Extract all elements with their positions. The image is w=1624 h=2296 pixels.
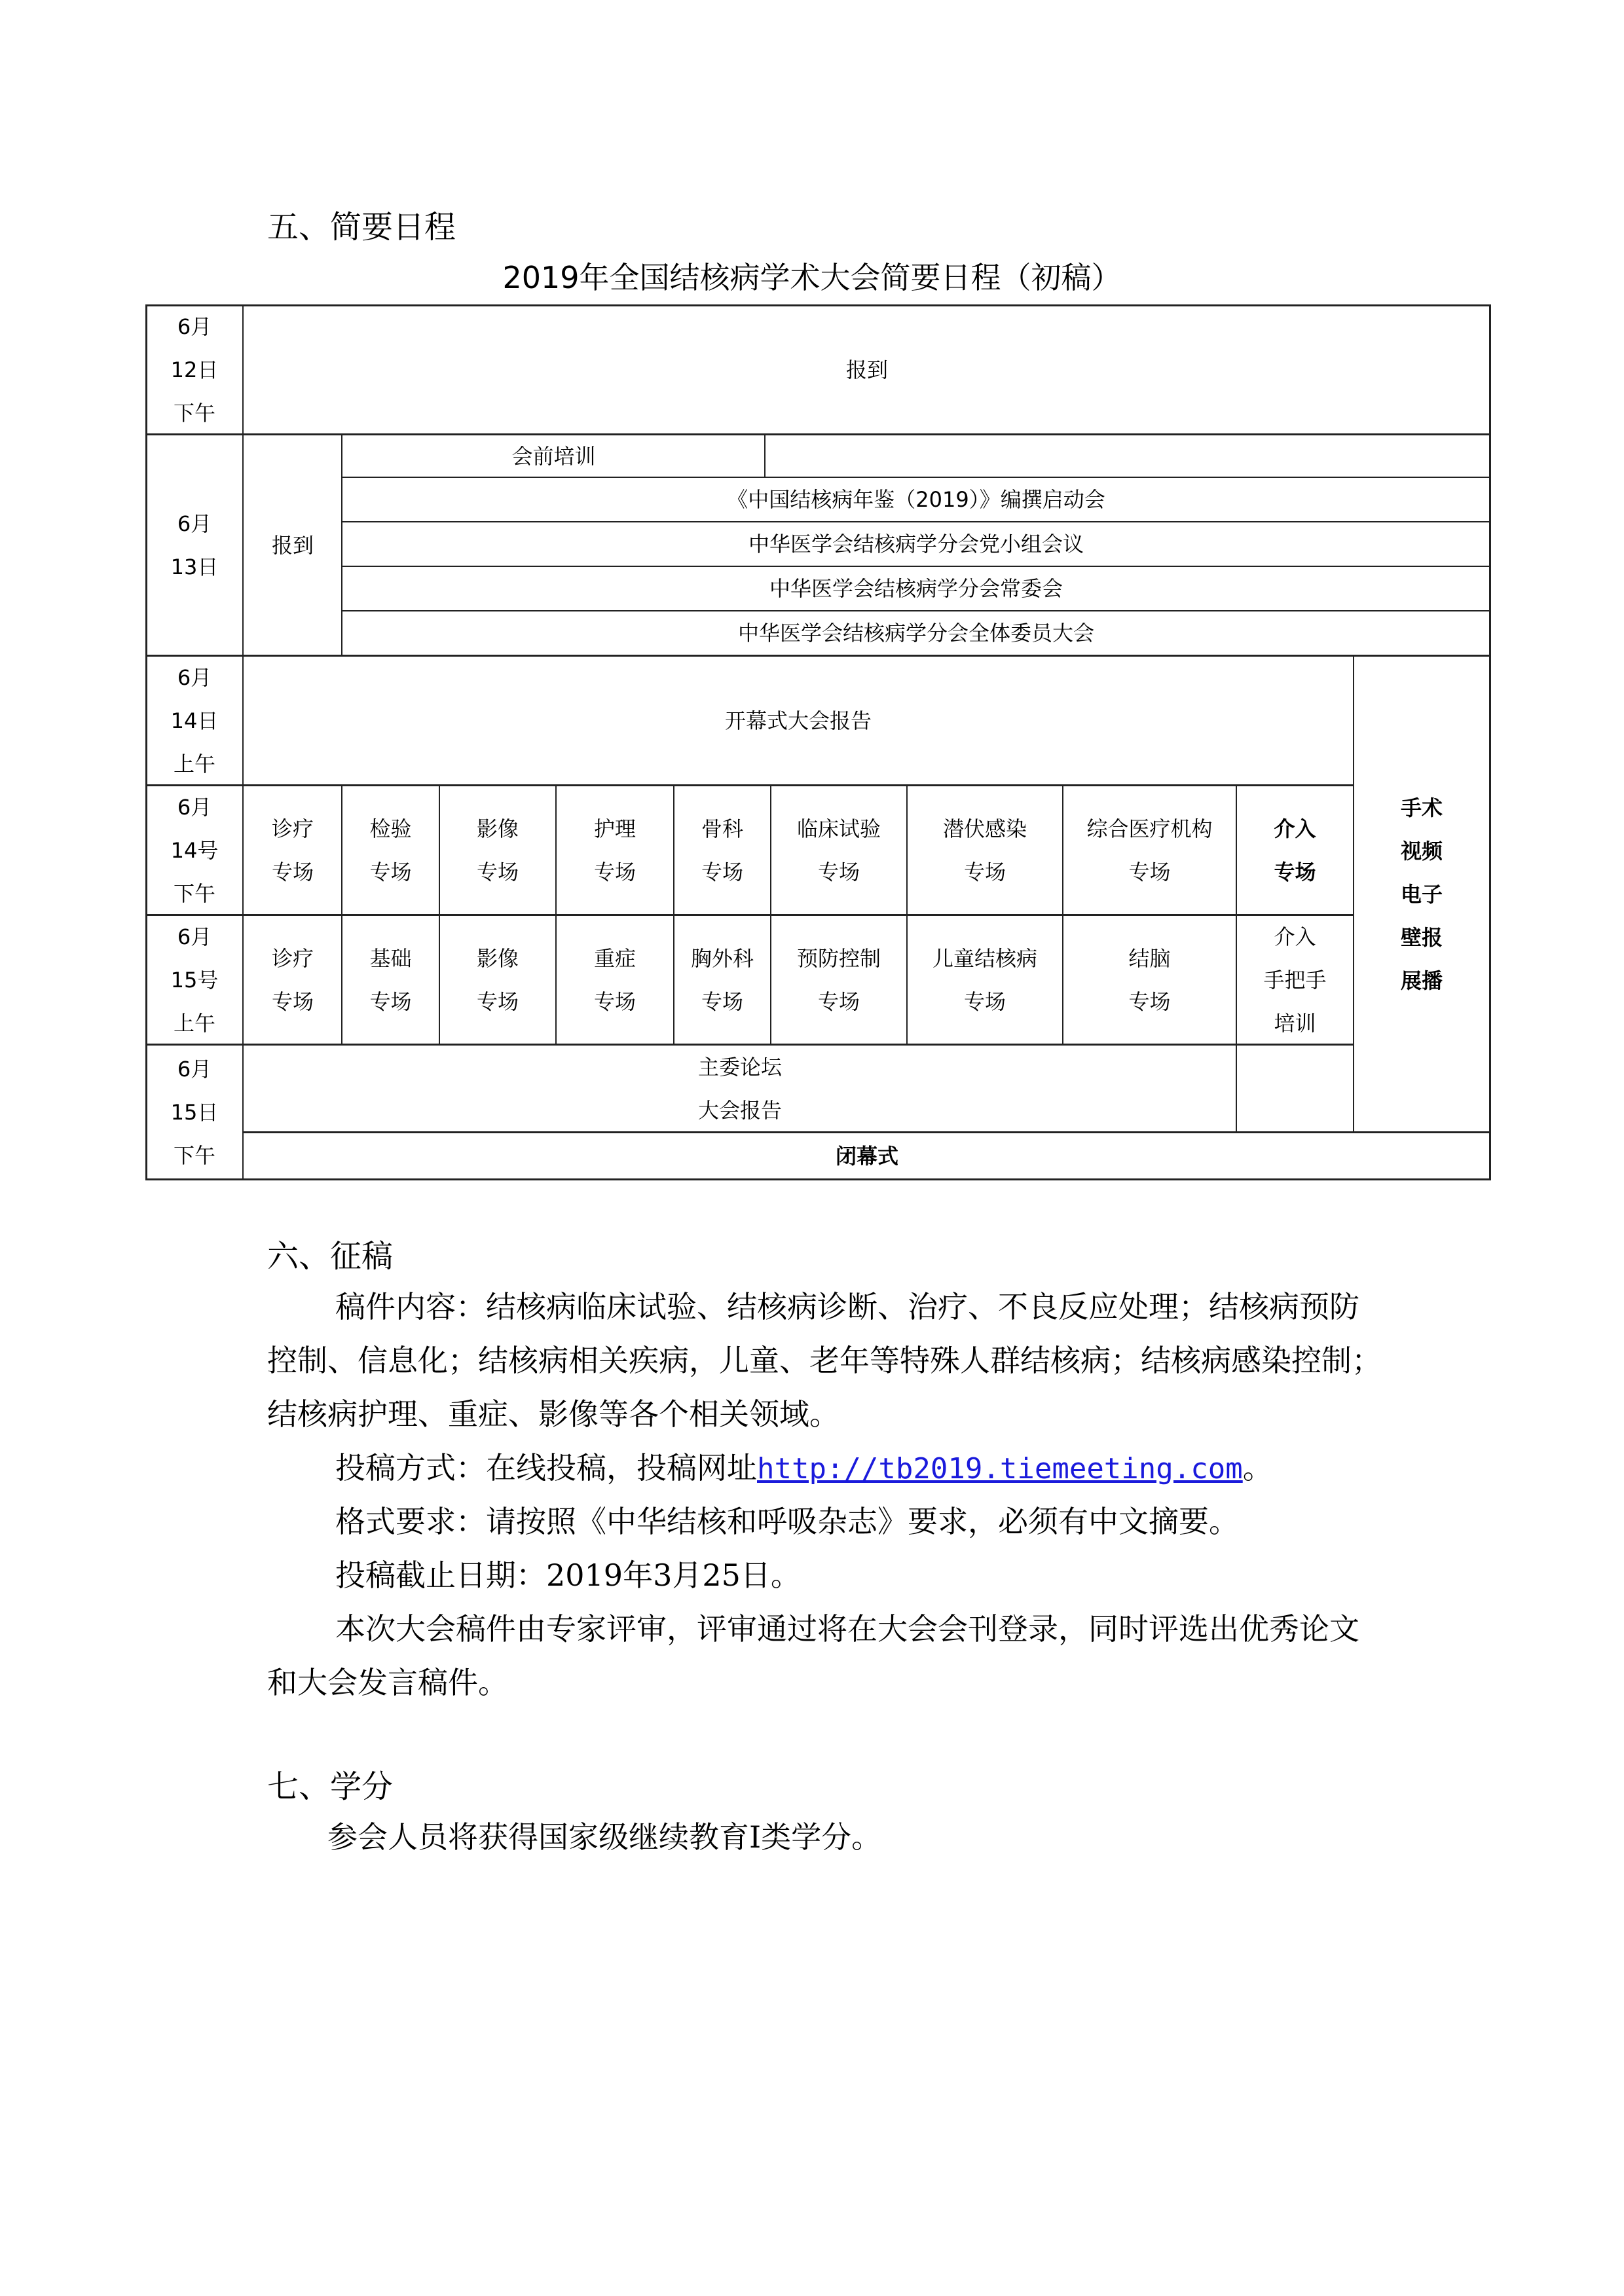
- punctuation: 。: [1243, 1450, 1273, 1485]
- credit-paragraph: 参会人员将获得国家级继续教育Ⅰ类学分。: [327, 1810, 1447, 1864]
- date-day: 15号: [171, 958, 219, 1002]
- date-cell-jun12: 6月 12日 下午: [145, 304, 244, 435]
- cell-text: 介入: [1274, 915, 1316, 958]
- cell-text: 胸外科: [691, 937, 754, 980]
- date-month: 6月: [177, 1048, 212, 1091]
- cell-text: 专场: [594, 850, 636, 894]
- content-paragraph: 稿件内容：结核病临床试验、结核病诊断、治疗、不良反应处理；结核病预防控制、信息化…: [267, 1280, 1387, 1441]
- cell-text: 专场: [701, 850, 743, 894]
- cell-text: 手术: [1401, 786, 1443, 829]
- cell-text: 临床试验: [797, 807, 881, 850]
- review-paragraph: 本次大会稿件由专家评审，评审通过将在大会会刊登录，同时评选出优秀论文和大会发言稿…: [267, 1602, 1387, 1709]
- cell-text: 专场: [701, 980, 743, 1023]
- session-cell: 综合医疗机构专场: [1063, 786, 1236, 915]
- cell-text: 检验: [369, 807, 411, 850]
- cell-text: 专场: [964, 850, 1006, 894]
- cell-text: 重症: [594, 937, 636, 980]
- date-day: 12日: [171, 348, 219, 392]
- cell-text: 中华医学会结核病学分会全体委员大会: [738, 611, 1094, 655]
- deadline-paragraph: 投稿截止日期：2019年3月25日。: [267, 1548, 1387, 1602]
- session-cell: 潜伏感染专场: [907, 786, 1063, 915]
- date-cell-jun15-am: 6月 15号 上午: [145, 915, 244, 1044]
- cell-text: 基础: [369, 937, 411, 980]
- cell-text: 骨科: [701, 807, 743, 850]
- cell-text: 专场: [272, 980, 314, 1023]
- date-day: 15日: [171, 1091, 219, 1134]
- date-month: 6月: [177, 502, 212, 545]
- cell-text: 诊疗: [272, 807, 314, 850]
- date-cell-jun13: 6月 13日: [145, 435, 244, 656]
- section6-heading: 六、征稿: [267, 1231, 393, 1276]
- date-cell-jun14-pm: 6月 14号 下午: [145, 786, 244, 915]
- cell-text: 大会报告: [698, 1089, 782, 1132]
- cell-text: 专场: [1274, 850, 1316, 894]
- cell-text: 专场: [964, 980, 1006, 1023]
- cell-text: 报到: [272, 524, 314, 567]
- session-cell: 影像专场: [439, 786, 556, 915]
- format-paragraph: 格式要求：请按照《中华结核和呼吸杂志》要求，必须有中文摘要。: [267, 1495, 1387, 1548]
- submission-paragraph: 投稿方式：在线投稿，投稿网址http://tb2019.tiemeeting.c…: [267, 1441, 1387, 1496]
- cell-text: 综合医疗机构: [1086, 807, 1212, 850]
- cell-text: 《中国结核病年鉴（2019）》编撰启动会: [727, 478, 1105, 521]
- date-period: 下午: [174, 392, 215, 435]
- session-cell: 介入手把手培训: [1236, 915, 1354, 1044]
- session-cell: 护理专场: [556, 786, 674, 915]
- cell-text: 手把手: [1263, 958, 1326, 1002]
- session-cell: 基础专场: [342, 915, 439, 1044]
- closing-ceremony-cell: 闭幕式: [244, 1133, 1490, 1179]
- session-cell: 介入专场: [1236, 786, 1354, 915]
- section5-heading: 五、简要日程: [267, 202, 456, 247]
- date-cell-jun14-am: 6月 14日 上午: [145, 656, 244, 785]
- cell-text: 诊疗: [272, 937, 314, 980]
- session-cell: 影像专场: [439, 915, 556, 1044]
- cell-text: 潜伏感染: [943, 807, 1027, 850]
- cell-text: 主委论坛: [698, 1046, 782, 1089]
- submission-label: 投稿方式：在线投稿，投稿网址: [335, 1450, 757, 1485]
- chair-forum-cell: 主委论坛 大会报告: [244, 1045, 1236, 1132]
- cell-text: 中华医学会结核病学分会党小组会议: [748, 522, 1084, 566]
- cell-text: 电子: [1401, 873, 1443, 916]
- cell-text: 专场: [818, 980, 860, 1023]
- plenary-committee-meeting: 中华医学会结核病学分会全体委员大会: [342, 611, 1490, 655]
- session-cell: 骨科专场: [674, 786, 771, 915]
- pre-conference-training: 会前培训: [342, 435, 765, 477]
- cell-text: 专场: [1128, 980, 1170, 1023]
- cell-text: 报到: [846, 348, 888, 392]
- cell-text: 儿童结核病: [932, 937, 1037, 980]
- standing-committee-meeting: 中华医学会结核病学分会常委会: [342, 567, 1490, 610]
- cell-text: 结脑: [1128, 937, 1170, 980]
- cell-text: 视频: [1401, 829, 1443, 873]
- cell-text: 会前培训: [511, 435, 595, 478]
- cell-text: 影像: [477, 807, 519, 850]
- cell-text: 展播: [1401, 959, 1443, 1002]
- date-month: 6月: [177, 656, 212, 699]
- date-day: 13日: [171, 545, 219, 589]
- cell-text: 专场: [369, 980, 411, 1023]
- session-cell: 检验专场: [342, 786, 439, 915]
- cell-text: 护理: [594, 807, 636, 850]
- party-group-meeting: 中华医学会结核病学分会党小组会议: [342, 522, 1490, 566]
- date-month: 6月: [177, 786, 212, 829]
- cell-text: 中华医学会结核病学分会常委会: [769, 567, 1063, 610]
- cell-text: 专场: [594, 980, 636, 1023]
- cell-text: 专场: [477, 850, 519, 894]
- session-cell: 诊疗专场: [244, 915, 342, 1044]
- cell-text: 专场: [272, 850, 314, 894]
- session-cell: 胸外科专场: [674, 915, 771, 1044]
- session-cell: 儿童结核病专场: [907, 915, 1063, 1044]
- date-month: 6月: [177, 915, 212, 958]
- cell-text: 培训: [1274, 1002, 1316, 1045]
- session-cell: 结脑专场: [1063, 915, 1236, 1044]
- date-day: 14日: [171, 699, 219, 742]
- table-title: 2019年全国结核病学术大会简要日程（初稿）: [0, 254, 1624, 297]
- date-period: 上午: [174, 1002, 215, 1045]
- date-month: 6月: [177, 305, 212, 348]
- cell-text: 介入: [1274, 807, 1316, 850]
- video-poster-cell: 手术 视频 电子 壁报 展播: [1354, 656, 1489, 1132]
- cell-text: 闭幕式: [836, 1135, 898, 1178]
- cell-text: 预防控制: [797, 937, 881, 980]
- cell-text: 专场: [818, 850, 860, 894]
- session-cell: 临床试验专场: [771, 786, 907, 915]
- cell-text: 开幕式大会报告: [725, 699, 872, 742]
- registration-cell-13: 报到: [244, 435, 342, 656]
- cell-text: 专场: [477, 980, 519, 1023]
- yearbook-meeting: 《中国结核病年鉴（2019）》编撰启动会: [342, 478, 1490, 521]
- date-period: 上午: [174, 742, 215, 786]
- session-cell: 诊疗专场: [244, 786, 342, 915]
- cell-text: 影像: [477, 937, 519, 980]
- cell-text: 专场: [369, 850, 411, 894]
- session-cell: 预防控制专场: [771, 915, 907, 1044]
- date-period: 下午: [174, 1134, 215, 1177]
- date-day: 14号: [171, 829, 219, 872]
- registration-cell: 报到: [244, 304, 1490, 435]
- session-cell: 重症专场: [556, 915, 674, 1044]
- cell-text: 壁报: [1401, 916, 1443, 959]
- cell-text: 专场: [1128, 850, 1170, 894]
- date-cell-jun15-pm: 6月 15日 下午: [145, 1045, 244, 1179]
- opening-ceremony-cell: 开幕式大会报告: [244, 656, 1353, 785]
- date-period: 下午: [174, 872, 215, 915]
- submission-link[interactable]: http://tb2019.tiemeeting.com: [757, 1452, 1243, 1485]
- section7-heading: 七、学分: [267, 1761, 393, 1806]
